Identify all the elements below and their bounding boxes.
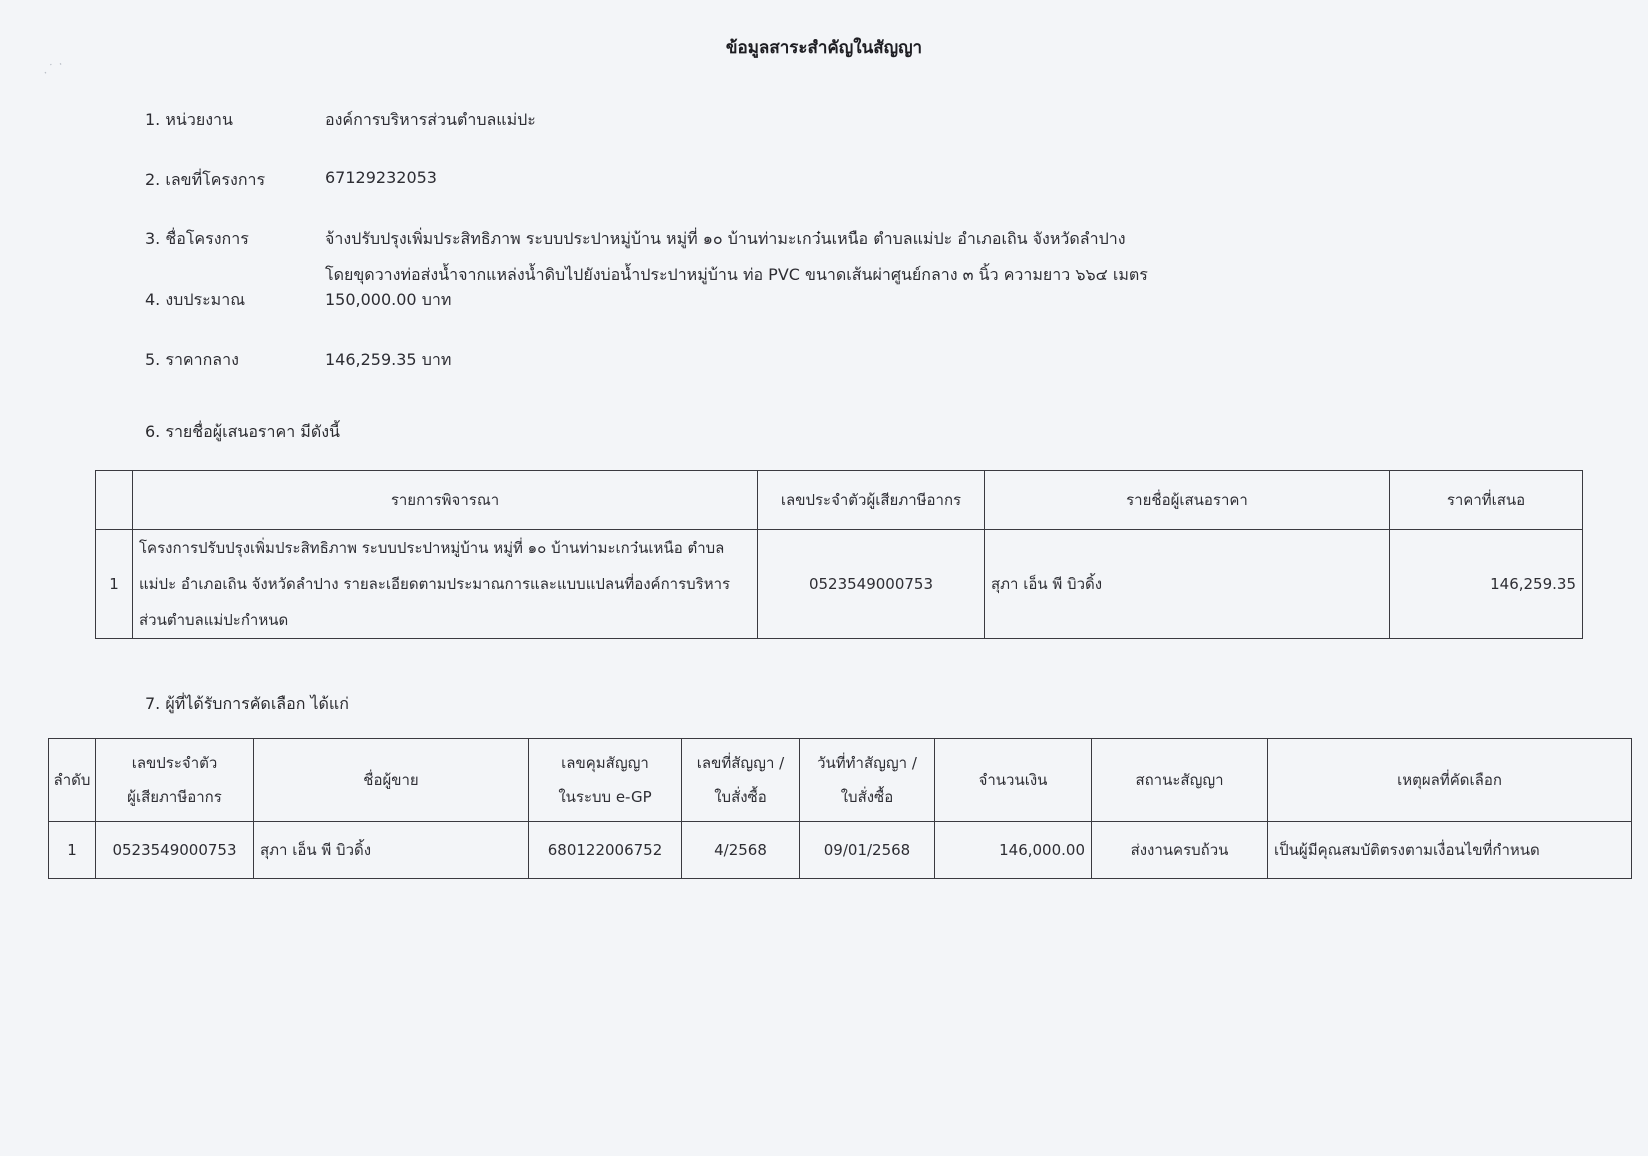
column-header: เลขประจำตัวผู้เสียภาษีอากร	[758, 471, 985, 530]
header-text: ผู้เสียภาษีอากร	[127, 788, 222, 806]
cell-tax-id: 0523549000753	[758, 530, 985, 639]
cell-contract-date: 09/01/2568	[800, 822, 935, 879]
column-header: เลขที่สัญญา /ใบสั่งซื้อ	[682, 739, 800, 822]
document-page: · ˙ · ข้อมูลสาระสำคัญในสัญญา 1. หน่วยงาน…	[0, 0, 1648, 1156]
column-header: ราคาที่เสนอ	[1390, 471, 1583, 530]
column-header: จำนวนเงิน	[935, 739, 1092, 822]
field-label: 3. ชื่อโครงการ	[145, 227, 249, 252]
column-header	[96, 471, 133, 530]
column-header: รายชื่อผู้เสนอราคา	[985, 471, 1390, 530]
document-title: ข้อมูลสาระสำคัญในสัญญา	[0, 34, 1648, 61]
table-header-row: รายการพิจารณา เลขประจำตัวผู้เสียภาษีอากร…	[96, 471, 1583, 530]
header-text: เหตุผลที่คัดเลือก	[1397, 771, 1502, 789]
field-label: 4. งบประมาณ	[145, 288, 245, 313]
cell-vendor: สุภา เอ็น พี บิวดิ้ง	[254, 822, 529, 879]
field-value: 146,259.35 บาท	[325, 348, 451, 373]
header-text: ในระบบ e-GP	[558, 788, 651, 806]
header-text: เลขคุมสัญญา	[561, 754, 649, 772]
header-text: ใบสั่งซื้อ	[714, 788, 767, 806]
field-label: 1. หน่วยงาน	[145, 108, 233, 133]
cell-price: 146,259.35	[1390, 530, 1583, 639]
field-label: 2. เลขที่โครงการ	[145, 168, 265, 193]
cell-reason: เป็นผู้มีคุณสมบัติตรงตามเงื่อนไขที่กำหนด	[1268, 822, 1632, 879]
column-header: ชื่อผู้ขาย	[254, 739, 529, 822]
cell-no: 1	[96, 530, 133, 639]
field-value: 150,000.00 บาท	[325, 288, 451, 313]
cell-status: ส่งงานครบถ้วน	[1092, 822, 1268, 879]
header-text: สถานะสัญญา	[1135, 771, 1223, 789]
cell-contract-number: 4/2568	[682, 822, 800, 879]
field-value-line2: โดยขุดวางท่อส่งน้ำจากแหล่งน้ำดิบไปยังบ่อ…	[325, 263, 1148, 288]
selected-vendor-table: ลำดับ เลขประจำตัวผู้เสียภาษีอากร ชื่อผู้…	[48, 738, 1632, 879]
field-label: 5. ราคากลาง	[145, 348, 239, 373]
table-header-row: ลำดับ เลขประจำตัวผู้เสียภาษีอากร ชื่อผู้…	[49, 739, 1632, 822]
header-text: ชื่อผู้ขาย	[363, 771, 418, 789]
table-row: 1 0523549000753 สุภา เอ็น พี บิวดิ้ง 680…	[49, 822, 1632, 879]
header-text: จำนวนเงิน	[979, 771, 1048, 789]
table-row: 1 โครงการปรับปรุงเพิ่มประสิทธิภาพ ระบบปร…	[96, 530, 1583, 639]
column-header: ลำดับ	[49, 739, 96, 822]
selected-heading: 7. ผู้ที่ได้รับการคัดเลือก ได้แก่	[145, 692, 349, 717]
column-header: รายการพิจารณา	[133, 471, 758, 530]
header-text: เลขประจำตัว	[132, 754, 218, 772]
column-header: เลขประจำตัวผู้เสียภาษีอากร	[96, 739, 254, 822]
cell-no: 1	[49, 822, 96, 879]
field-value: องค์การบริหารส่วนตำบลแม่ปะ	[325, 108, 536, 133]
column-header: สถานะสัญญา	[1092, 739, 1268, 822]
header-text: เลขที่สัญญา /	[697, 754, 784, 772]
column-header: เหตุผลที่คัดเลือก	[1268, 739, 1632, 822]
header-text: ลำดับ	[54, 771, 91, 789]
column-header: เลขคุมสัญญาในระบบ e-GP	[529, 739, 682, 822]
field-value: จ้างปรับปรุงเพิ่มประสิทธิภาพ ระบบประปาหม…	[325, 227, 1126, 252]
header-text: ใบสั่งซื้อ	[841, 788, 894, 806]
cell-item: โครงการปรับปรุงเพิ่มประสิทธิภาพ ระบบประป…	[133, 530, 758, 639]
header-text: วันที่ทำสัญญา /	[817, 754, 917, 772]
cell-egp-number: 680122006752	[529, 822, 682, 879]
column-header: วันที่ทำสัญญา /ใบสั่งซื้อ	[800, 739, 935, 822]
cell-tax-id: 0523549000753	[96, 822, 254, 879]
bidders-heading: 6. รายชื่อผู้เสนอราคา มีดังนี้	[145, 420, 340, 445]
field-value: 67129232053	[325, 168, 437, 187]
cell-amount: 146,000.00	[935, 822, 1092, 879]
cell-bidder: สุภา เอ็น พี บิวดิ้ง	[985, 530, 1390, 639]
bidders-table: รายการพิจารณา เลขประจำตัวผู้เสียภาษีอากร…	[95, 470, 1583, 639]
